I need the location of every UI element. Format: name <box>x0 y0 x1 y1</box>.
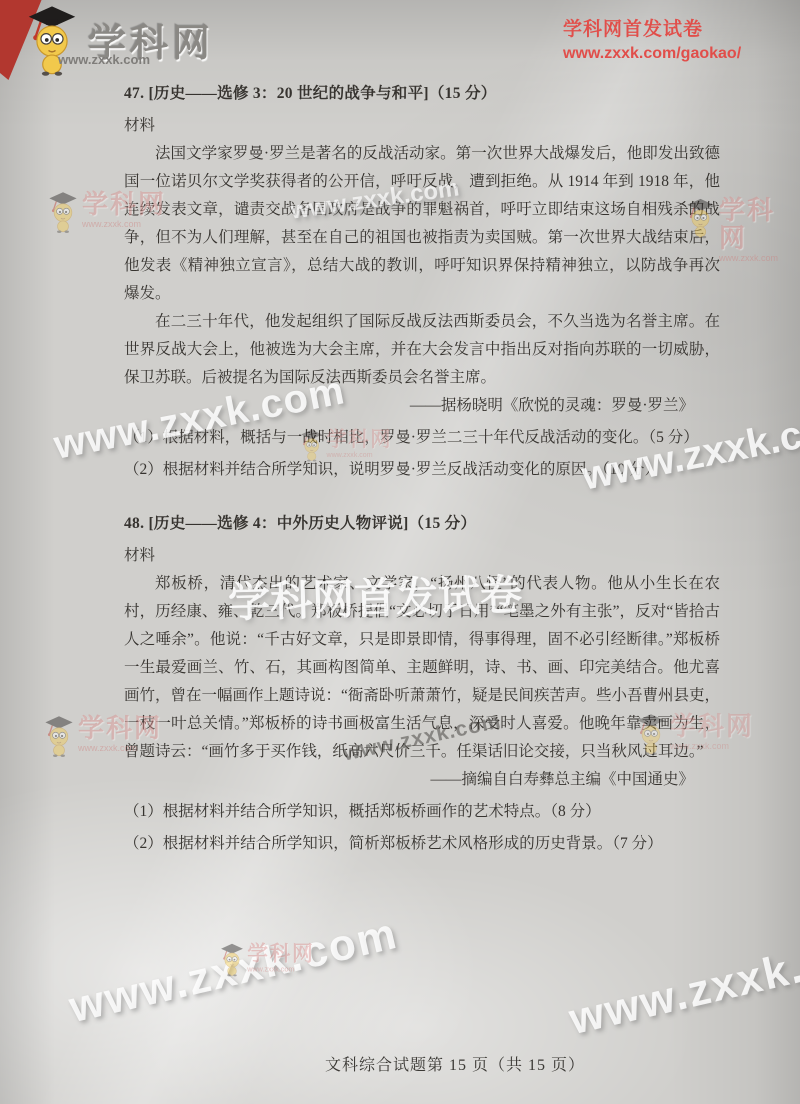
question-48-title: 48. [历史——选修 4：中外历史人物评说]（15 分） <box>124 510 720 538</box>
material-label: 材料 <box>124 542 720 570</box>
page-footer: 文科综合试题第 15 页（共 15 页） <box>0 1052 800 1075</box>
sub-question-1: （1）根据材料并结合所学知识，概括郑板桥画作的艺术特点。（8 分） <box>124 798 720 826</box>
sub-question-2: （2）根据材料并结合所学知识，简析郑板桥艺术风格形成的历史背景。（7 分） <box>124 830 720 858</box>
watermark-brand-text: 学科网 <box>247 942 314 964</box>
source-attribution: ——摘编自白寿彝总主编《中国通史》 <box>124 766 720 794</box>
material-paragraph: 法国文学家罗曼·罗兰是著名的反战活动家。第一次世界大战爆发后，他即发出致德国一位… <box>124 140 720 308</box>
exam-content: 47. [历史——选修 3：20 世纪的战争与和平]（15 分） 材料 法国文学… <box>124 80 720 858</box>
material-label: 材料 <box>124 112 720 140</box>
question-block-48: 48. [历史——选修 4：中外历史人物评说]（15 分） 材料 郑板桥，清代杰… <box>124 510 720 858</box>
watermark-brand-text: 学科网 <box>719 196 800 252</box>
site-brand-url: www.zxxk.com <box>58 52 150 67</box>
material-paragraph: 在二三十年代，他发起组织了国际反战反法西斯委员会，不久当选为名誉主席。在世界反战… <box>124 308 720 392</box>
scanned-exam-page: 学科网 www.zxxk.com 学科网首发试卷 www.zxxk.com/ga… <box>0 0 800 1104</box>
watermark-brand-logo: 学科网 www.zxxk.com <box>220 942 314 977</box>
question-block-47: 47. [历史——选修 3：20 世纪的战争与和平]（15 分） 材料 法国文学… <box>124 80 720 484</box>
zxxk-mascot-icon <box>48 190 78 234</box>
watermark-url: www.zxxk.com <box>565 921 800 1045</box>
promo-url: www.zxxk.com/gaokao/ <box>563 45 741 63</box>
promo-title: 学科网首发试卷 <box>563 14 741 41</box>
question-47-title: 47. [历史——选修 3：20 世纪的战争与和平]（15 分） <box>124 80 720 108</box>
sub-question-1: （1）根据材料，概括与一战时相比，罗曼·罗兰二三十年代反战活动的变化。（5 分） <box>124 424 720 452</box>
zxxk-mascot-icon <box>44 714 74 758</box>
promo-banner: 学科网首发试卷 www.zxxk.com/gaokao/ <box>563 14 741 63</box>
zxxk-mascot-icon <box>220 942 244 977</box>
material-paragraph: 郑板桥，清代杰出的艺术家、文学家，“扬州八怪”的代表人物。他从小生长在农村，历经… <box>124 570 720 766</box>
watermark-brand-url: www.zxxk.com <box>247 965 314 973</box>
watermark-url: www.zxxk.com <box>65 909 403 1033</box>
source-attribution: ——据杨晓明《欣悦的灵魂：罗曼·罗兰》 <box>124 392 720 420</box>
watermark-brand-url: www.zxxk.com <box>719 253 800 263</box>
sub-question-2: （2）根据材料并结合所学知识，说明罗曼·罗兰反战活动变化的原因。（10 分） <box>124 456 720 484</box>
